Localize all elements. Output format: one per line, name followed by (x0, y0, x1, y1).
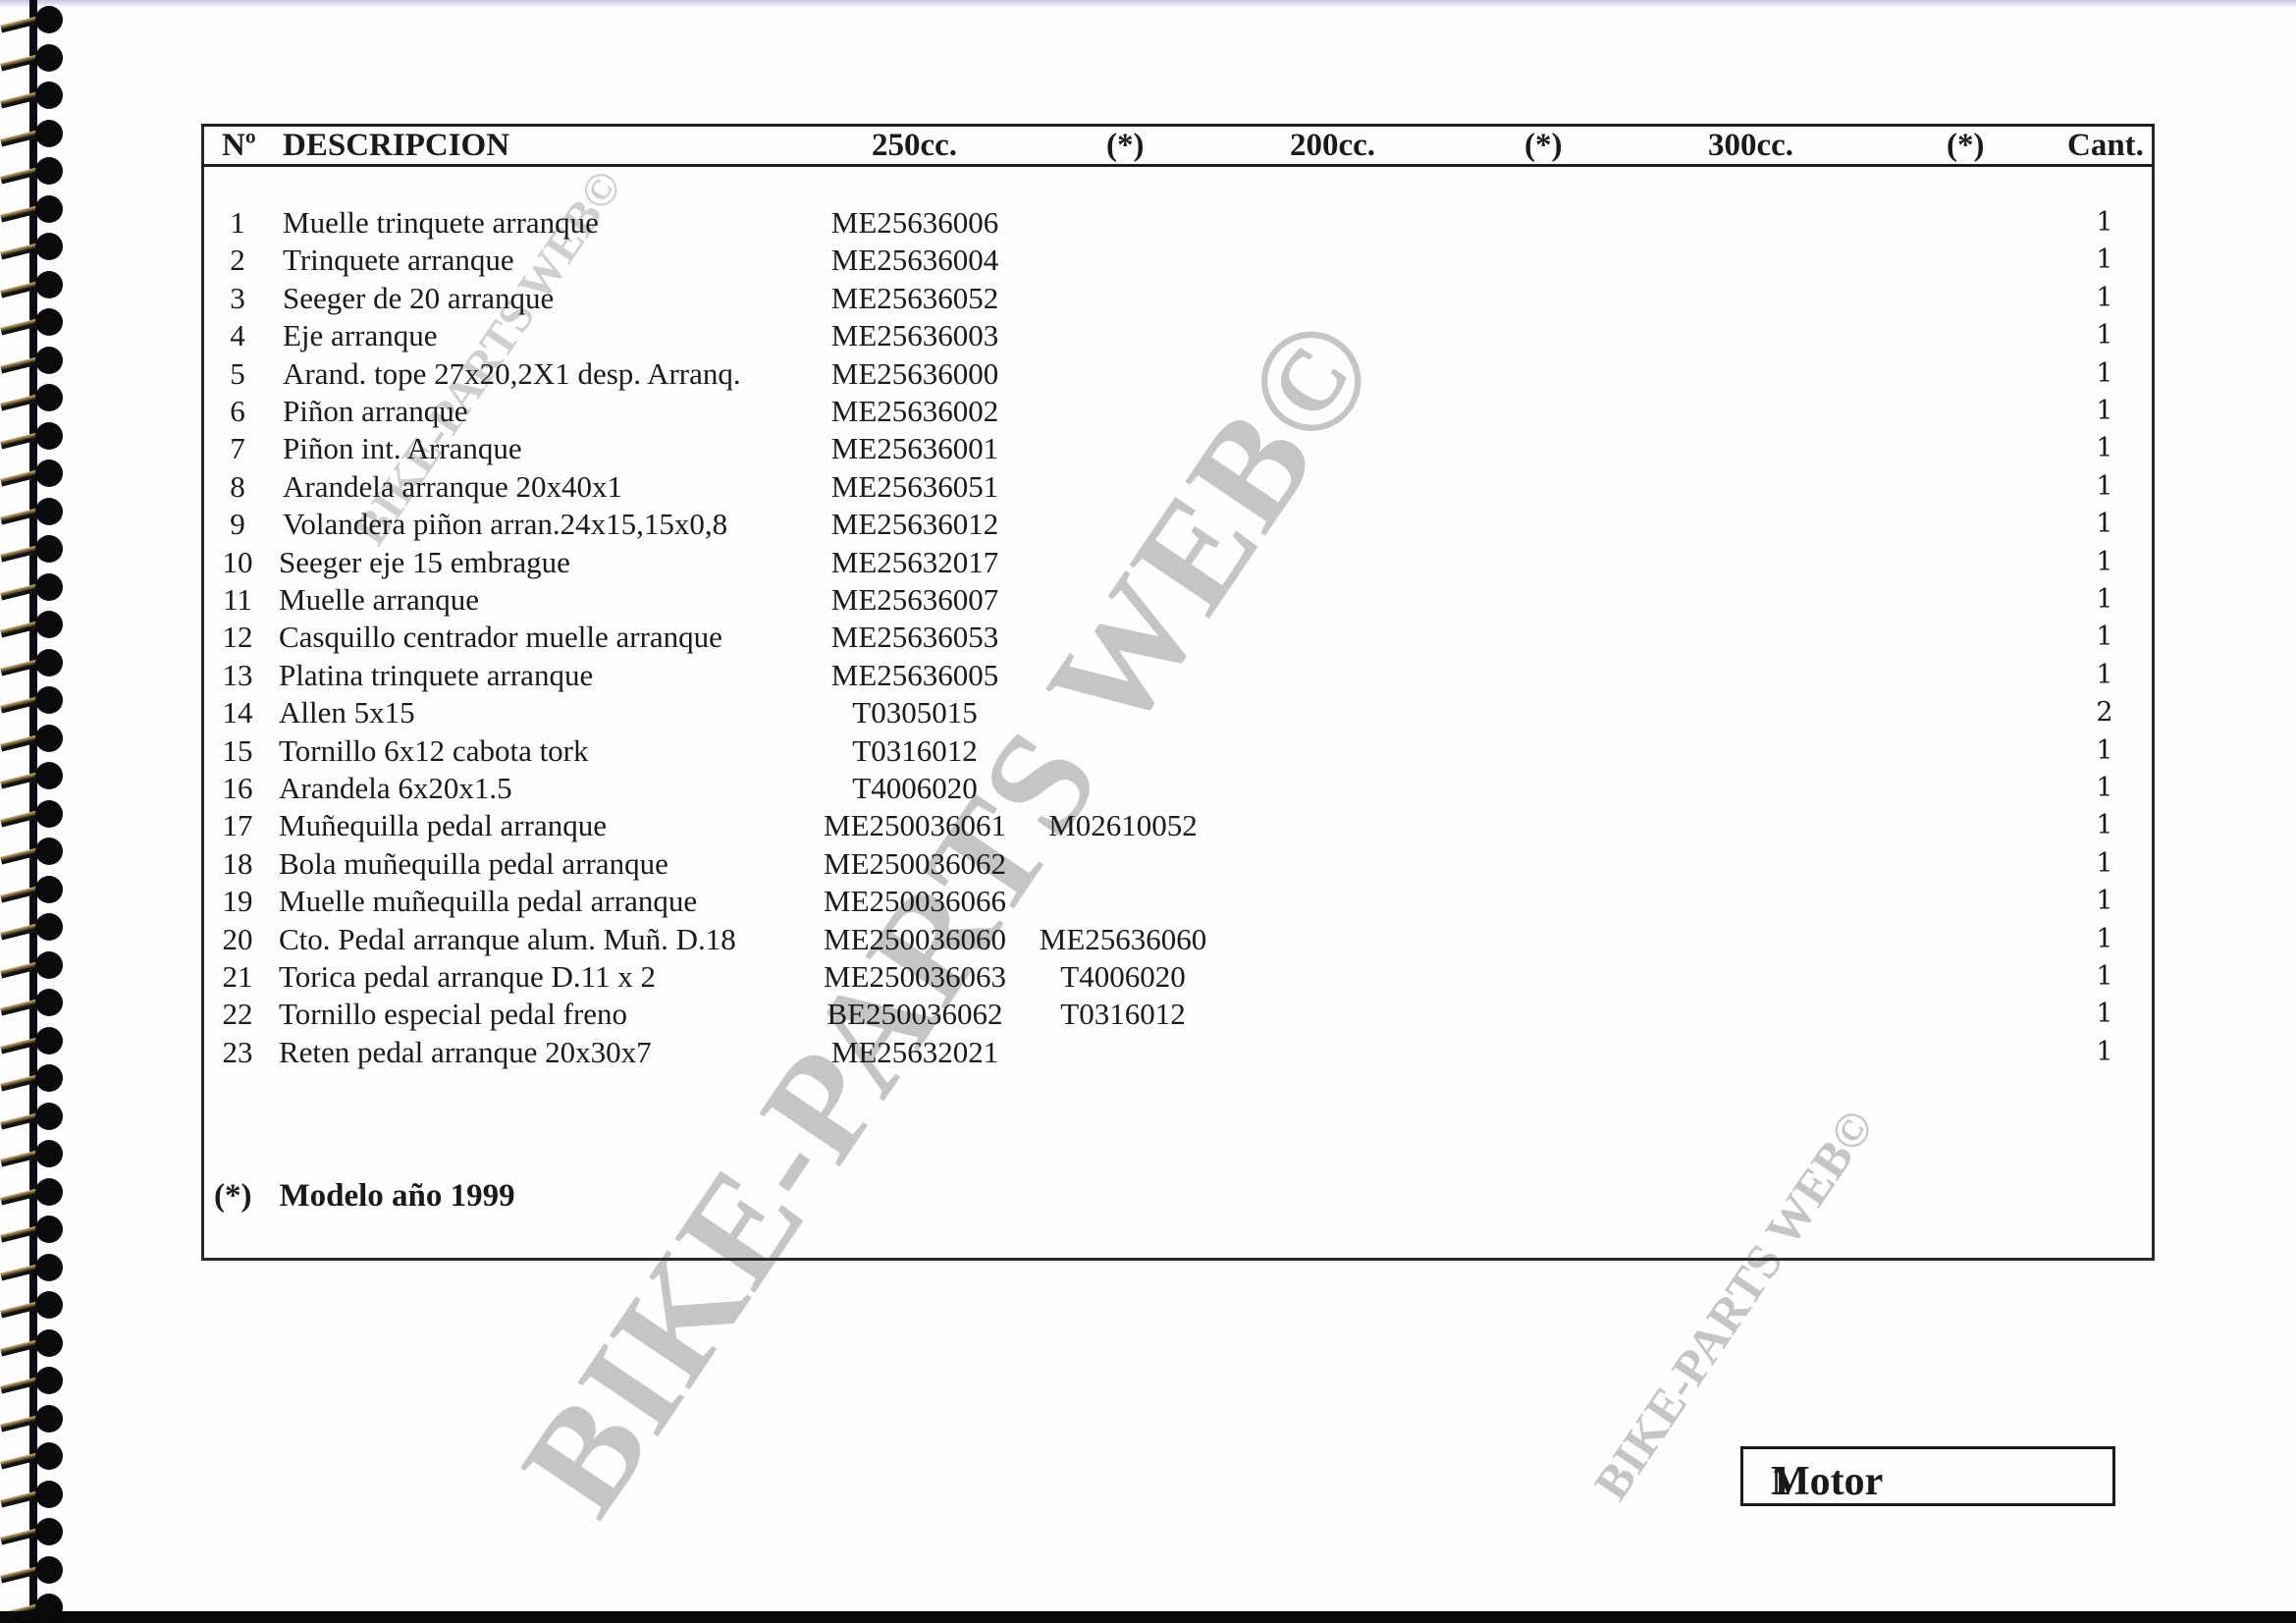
row-number: 1 (208, 204, 267, 242)
row-number: 23 (208, 1034, 267, 1071)
binding-ring (0, 1367, 65, 1394)
row-quantity: 1 (2085, 430, 2124, 467)
row-description: Bola muñequilla pedal arranque (279, 845, 668, 883)
row-number: 16 (208, 770, 267, 807)
row-description: Seeger de 20 arranque (283, 280, 554, 317)
binding-ring (0, 1216, 65, 1243)
binding-ring (0, 1329, 65, 1357)
row-part-250cc: ME25636006 (807, 204, 1023, 242)
row-description: Muelle muñequilla pedal arranque (279, 883, 697, 920)
row-description: Arandela 6x20x1.5 (279, 770, 512, 807)
row-number: 5 (208, 355, 267, 393)
row-description: Cto. Pedal arranque alum. Muñ. D.18 (279, 921, 736, 958)
row-number: 22 (208, 996, 267, 1033)
header-300cc: 300cc. (1708, 126, 1793, 165)
row-part-250cc: ME25636004 (807, 242, 1023, 279)
row-part-250cc: ME25632021 (807, 1034, 1023, 1071)
header-250cc-1999: (*) (1106, 126, 1144, 165)
row-quantity: 1 (2085, 883, 2124, 920)
binding-ring (0, 120, 65, 147)
row-number: 14 (208, 694, 267, 731)
row-quantity: 1 (2085, 770, 2124, 807)
header-description: DESCRIPCION (283, 126, 509, 165)
row-quantity: 1 (2085, 204, 2124, 242)
row-part-250cc: ME25636007 (807, 581, 1023, 619)
row-quantity: 1 (2085, 732, 2124, 770)
row-part-250cc: ME25636053 (807, 619, 1023, 656)
row-description: Muelle arranque (279, 581, 479, 619)
spiral-binding (0, 0, 69, 1611)
binding-ring (0, 1140, 65, 1167)
row-part-250cc: BE250036062 (807, 996, 1023, 1033)
binding-ring (0, 1178, 65, 1206)
header-200cc-1999: (*) (1524, 126, 1562, 165)
binding-ring (0, 800, 65, 828)
row-part-250cc: ME25636001 (807, 430, 1023, 467)
binding-ring (0, 422, 65, 450)
row-quantity: 1 (2085, 544, 2124, 581)
binding-ring (0, 876, 65, 903)
row-number: 4 (208, 317, 267, 354)
row-part-250cc: ME250036062 (807, 845, 1023, 883)
section-label: Motor 1 (1757, 1453, 1789, 1502)
row-part-250cc: ME25636003 (807, 317, 1023, 354)
row-part-250cc: ME250036061 (807, 807, 1023, 844)
row-description: Muelle trinquete arranque (283, 204, 599, 242)
binding-ring (0, 1518, 65, 1545)
row-part-250cc-1999: T0316012 (1025, 996, 1221, 1033)
row-description: Platina trinquete arranque (279, 657, 593, 694)
row-part-250cc-1999: T4006020 (1025, 958, 1221, 996)
row-part-250cc: ME25636002 (807, 393, 1023, 430)
row-number: 12 (208, 619, 267, 656)
row-description: Arandela arranque 20x40x1 (283, 468, 622, 506)
row-part-250cc: ME250036066 (807, 883, 1023, 920)
row-part-250cc: ME25636012 (807, 506, 1023, 543)
header-300cc-1999: (*) (1947, 126, 1984, 165)
row-part-250cc: T0305015 (807, 694, 1023, 731)
row-number: 10 (208, 544, 267, 581)
binding-ring (0, 951, 65, 979)
row-number: 9 (208, 506, 267, 543)
binding-ring (0, 308, 65, 336)
binding-ring (0, 1405, 65, 1433)
row-part-250cc: ME25636005 (807, 657, 1023, 694)
binding-ring (0, 271, 65, 298)
row-quantity: 2 (2085, 694, 2124, 731)
row-part-250cc: ME25636000 (807, 355, 1023, 393)
binding-ring (0, 725, 65, 752)
row-quantity: 1 (2085, 1034, 2124, 1071)
binding-ring (0, 762, 65, 789)
binding-ring (0, 81, 65, 109)
row-part-250cc: ME25632017 (807, 544, 1023, 581)
header-num: Nº (222, 126, 256, 165)
row-quantity: 1 (2085, 468, 2124, 506)
row-number: 6 (208, 393, 267, 430)
page-bottom-edge (0, 1611, 2296, 1623)
row-part-250cc-1999: M02610052 (1025, 807, 1221, 844)
binding-ring (0, 686, 65, 714)
row-number: 11 (208, 581, 267, 619)
row-description: Volandera piñon arran.24x15,15x0,8 (283, 506, 727, 543)
section-label-box: Motor 1 (1740, 1446, 2115, 1506)
row-part-250cc: ME250036063 (807, 958, 1023, 996)
row-part-250cc: ME25636052 (807, 280, 1023, 317)
row-description: Arand. tope 27x20,2X1 desp. Arranq. (283, 355, 741, 393)
row-quantity: 1 (2085, 921, 2124, 958)
binding-ring (0, 460, 65, 487)
footnote-text: Modelo año 1999 (279, 1178, 514, 1214)
header-qty: Cant. (2067, 126, 2144, 165)
row-quantity: 1 (2085, 845, 2124, 883)
row-description: Tornillo especial pedal freno (279, 996, 627, 1033)
row-description: Torica pedal arranque D.11 x 2 (279, 958, 656, 996)
row-quantity: 1 (2085, 317, 2124, 354)
row-number: 18 (208, 845, 267, 883)
row-part-250cc-1999: ME25636060 (1025, 921, 1221, 958)
header-250cc: 250cc. (872, 126, 957, 165)
row-description: Tornillo 6x12 cabota tork (279, 732, 589, 770)
row-part-250cc: T4006020 (807, 770, 1023, 807)
binding-ring (0, 1064, 65, 1092)
footnote: (*)Modelo año 1999 (214, 1178, 515, 1215)
row-part-250cc: T0316012 (807, 732, 1023, 770)
row-quantity: 1 (2085, 393, 2124, 430)
binding-ring (0, 233, 65, 260)
page-top-edge (0, 0, 2296, 8)
row-number: 2 (208, 242, 267, 279)
binding-ring (0, 913, 65, 941)
binding-ring (0, 611, 65, 638)
footnote-mark: (*) (214, 1178, 251, 1214)
row-quantity: 1 (2085, 506, 2124, 543)
row-description: Reten pedal arranque 20x30x7 (279, 1034, 652, 1071)
row-part-250cc: ME250036060 (807, 921, 1023, 958)
binding-ring (0, 573, 65, 601)
row-description: Eje arranque (283, 317, 437, 354)
binding-ring (0, 384, 65, 411)
binding-ring (0, 347, 65, 374)
binding-ring (0, 1481, 65, 1508)
binding-ring (0, 195, 65, 223)
binding-ring (0, 989, 65, 1016)
binding-ring (0, 44, 65, 72)
row-quantity: 1 (2085, 355, 2124, 393)
binding-ring (0, 1027, 65, 1055)
row-quantity: 1 (2085, 280, 2124, 317)
binding-ring (0, 535, 65, 563)
row-number: 17 (208, 807, 267, 844)
row-part-250cc: ME25636051 (807, 468, 1023, 506)
binding-ring (0, 1254, 65, 1281)
binding-ring (0, 157, 65, 185)
row-quantity: 1 (2085, 807, 2124, 844)
row-number: 21 (208, 958, 267, 996)
row-number: 13 (208, 657, 267, 694)
row-number: 20 (208, 921, 267, 958)
row-description: Trinquete arranque (283, 242, 514, 279)
row-description: Piñon arranque (283, 393, 468, 430)
row-description: Casquillo centrador muelle arranque (279, 619, 722, 656)
binding-ring (0, 838, 65, 865)
row-number: 19 (208, 883, 267, 920)
header-200cc: 200cc. (1290, 126, 1375, 165)
row-description: Allen 5x15 (279, 694, 415, 731)
row-description: Piñon int. Arranque (283, 430, 522, 467)
row-quantity: 1 (2085, 242, 2124, 279)
row-number: 15 (208, 732, 267, 770)
binding-ring (0, 498, 65, 525)
binding-ring (0, 1291, 65, 1319)
row-number: 3 (208, 280, 267, 317)
row-description: Seeger eje 15 embrague (279, 544, 570, 581)
row-number: 8 (208, 468, 267, 506)
row-quantity: 1 (2085, 996, 2124, 1033)
binding-ring (0, 1103, 65, 1130)
row-number: 7 (208, 430, 267, 467)
binding-ring (0, 6, 65, 33)
binding-ring (0, 1556, 65, 1584)
binding-ring (0, 649, 65, 676)
row-quantity: 1 (2085, 657, 2124, 694)
row-quantity: 1 (2085, 581, 2124, 619)
binding-ring (0, 1442, 65, 1470)
row-quantity: 1 (2085, 958, 2124, 996)
row-description: Muñequilla pedal arranque (279, 807, 607, 844)
row-quantity: 1 (2085, 619, 2124, 656)
